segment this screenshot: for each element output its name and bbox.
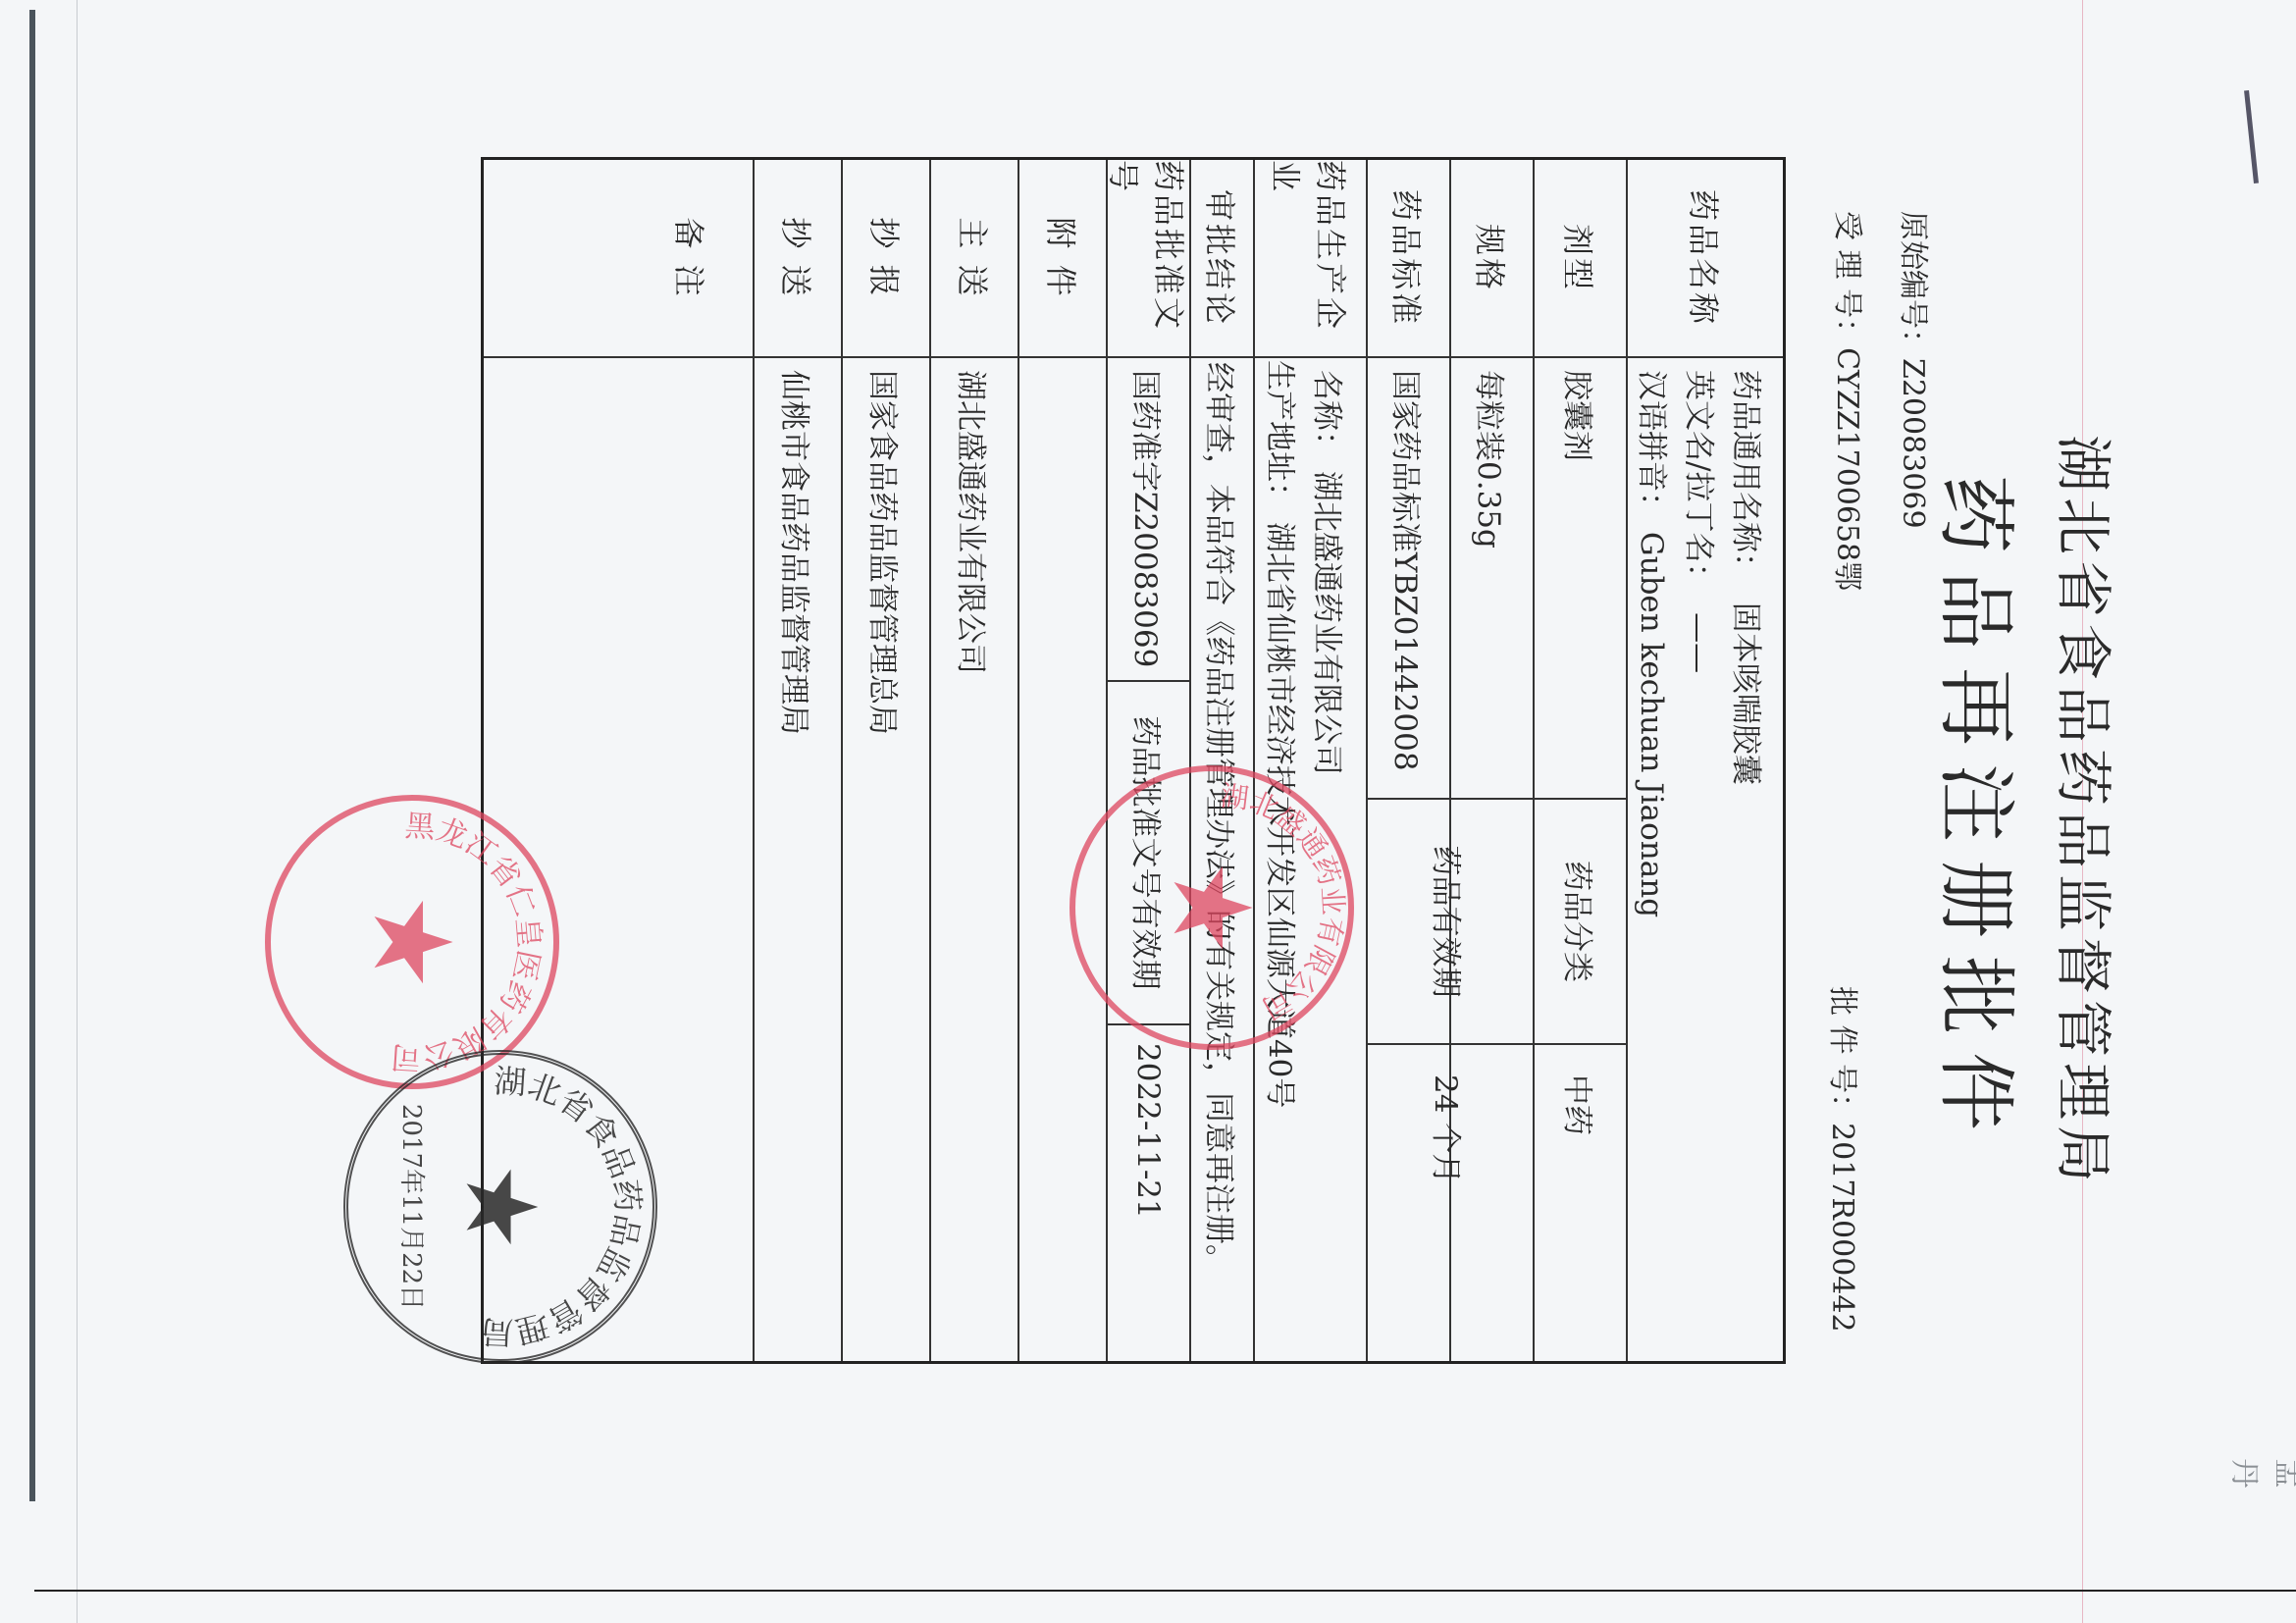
seal-text-ring: 湖北盛通药业有限公司 [1075, 771, 1348, 1044]
svg-text:湖北盛通药业有限公司: 湖北盛通药业有限公司 [1219, 779, 1348, 1026]
approval-doc-number: 批 件 号：2017R000442 [1824, 986, 1867, 1333]
manufacturer-name: 名称： 湖北盛通药业有限公司 [1308, 370, 1352, 775]
standard-value: 国家药品标准YBZ01442008 [1368, 356, 1449, 798]
label-standard: 药品标准 [1368, 160, 1449, 358]
row-reported-to: 抄 报 国家食品药品监督管理总局 [841, 160, 929, 1361]
english-name: 英文名/拉丁名： —— [1680, 370, 1724, 673]
row-copied-to: 抄 送 仙桃市食品药品监督管理局 [753, 160, 841, 1361]
pinyin-name: 汉语拼音： Guben kechuan Jiaonang [1633, 370, 1677, 917]
label-validity: 药品有效期 [1366, 800, 1533, 1043]
document-title: 药品再注册批件 [1926, 0, 2039, 1623]
specification-value: 每粒装0.35g [1451, 356, 1533, 798]
seal-text-ring: 黑龙江省仁皇医药有限公司 [271, 801, 553, 1083]
row-dosage-form: 剂型 胶囊剂 药品分类 中药 [1533, 160, 1626, 1361]
row-approval-number: 药品批准文号 国药准字Z20083069 药品批准文号有效期 2022-11-2… [1106, 160, 1189, 1361]
row-main-recipient: 主 送 湖北盛通药业有限公司 [929, 160, 1018, 1361]
reported-to-value: 国家食品药品监督管理总局 [843, 356, 929, 1361]
drug-name-values: 药品通用名称： 固本咳喘胶囊 英文名/拉丁名： —— 汉语拼音： Guben k… [1628, 356, 1783, 1361]
validity-block: 药品有效期 24 个月 [1366, 798, 1533, 1361]
approval-document-page: 湖北省食品药品监督管理局 药品再注册批件 原始编号：Z20083069 受 理 … [0, 0, 2296, 1623]
label-drug-name: 药品名称 [1628, 160, 1783, 358]
company-seal-red: ★ 湖北盛通药业有限公司 [1070, 765, 1354, 1050]
label-approval-number: 药品批准文号 [1108, 160, 1189, 358]
label-reported-to: 抄 报 [843, 160, 929, 358]
row-conclusion: 审批结论 经审查，本品符合《药品注册管理办法》的有关规定，同意再注册。 [1189, 160, 1253, 1361]
label-main-recipient: 主 送 [931, 160, 1018, 358]
row-attachment: 附 件 [1018, 160, 1106, 1361]
approval-number-value: 国药准字Z20083069 [1108, 356, 1189, 680]
dosage-form-value: 胶囊剂 [1535, 356, 1626, 798]
label-attachment: 附 件 [1019, 160, 1106, 358]
category-value: 中药 [1535, 1043, 1626, 1361]
label-category: 药品分类 [1535, 798, 1626, 1043]
label-manufacturer: 药品生产企业 [1255, 160, 1366, 358]
approval-validity-value: 2022-11-21 [1108, 1023, 1189, 1361]
original-number: 原始编号：Z20083069 [1895, 211, 1938, 529]
label-remarks: 备 注 [484, 160, 753, 358]
generic-name: 药品通用名称： 固本咳喘胶囊 [1727, 370, 1771, 785]
official-seal: ★ 湖北省食品药品监督管理局 2017年11月22日 [343, 1050, 657, 1364]
distributor-seal-red: ★ 黑龙江省仁皇医药有限公司 [265, 795, 559, 1089]
validity-value: 24 个月 [1366, 1043, 1533, 1361]
approval-table: 药品名称 药品通用名称： 固本咳喘胶囊 英文名/拉丁名： —— 汉语拼音： Gu… [481, 157, 1786, 1364]
label-copied-to: 抄 送 [755, 160, 841, 358]
label-conclusion: 审批结论 [1191, 160, 1253, 358]
acceptance-number: 受 理 号：CYZZ1700658鄂 [1829, 211, 1872, 591]
label-dosage-form: 剂型 [1535, 160, 1626, 358]
row-manufacturer: 药品生产企业 名称： 湖北盛通药业有限公司 生产地址： 湖北省仙桃市经济技术开发… [1253, 160, 1366, 1361]
issuer-heading: 湖北省食品药品监督管理局 [2047, 0, 2129, 1623]
seal-date: 2017年11月22日 [395, 1055, 432, 1359]
svg-text:黑龙江省仁皇医药有限公司: 黑龙江省仁皇医药有限公司 [390, 809, 547, 1075]
copied-to-value: 仙桃市食品药品监督管理局 [755, 356, 841, 1361]
row-drug-name: 药品名称 药品通用名称： 固本咳喘胶囊 英文名/拉丁名： —— 汉语拼音： Gu… [1626, 160, 1783, 1361]
main-recipient-value: 湖北盛通药业有限公司 [931, 356, 1018, 1361]
seal-text-ring: 湖北省食品药品监督管理局 [348, 1055, 652, 1359]
svg-text:湖北省食品药品监督管理局: 湖北省食品药品监督管理局 [480, 1062, 647, 1352]
label-specification: 规格 [1451, 160, 1533, 358]
